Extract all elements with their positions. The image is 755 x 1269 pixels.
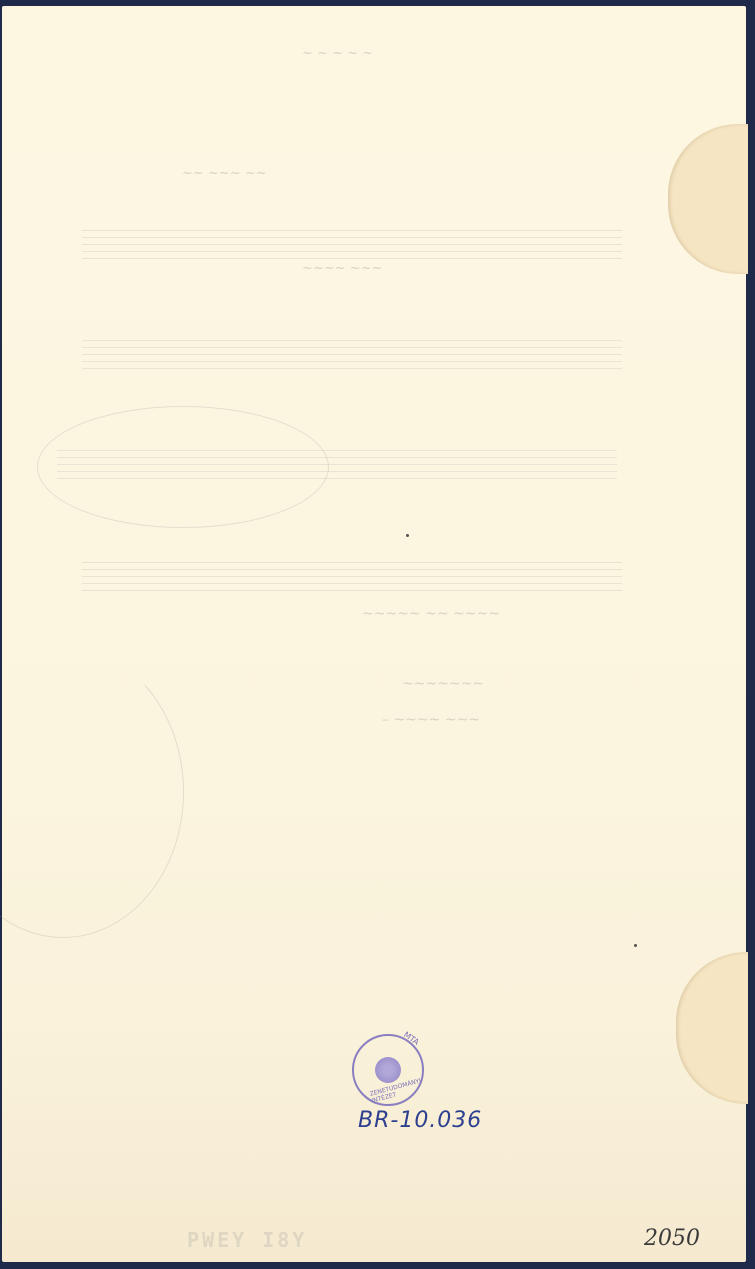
manuscript-page: ~ ~ ~ ~ ~ ~~ ~~~ ~~ ~~~~ ~~~ ~~~~~ ~~ ~~… <box>2 6 746 1262</box>
stamp-emblem-icon <box>373 1055 403 1085</box>
pencil-curve <box>37 406 329 528</box>
pencil-marks: – ~~~~ ~~~ <box>382 712 480 728</box>
pencil-marks: ~~~~~~~ <box>402 676 484 692</box>
page-number: 2050 <box>644 1226 700 1251</box>
catalog-number: BR-10.036 <box>358 1108 482 1133</box>
pencil-marks: ~~ ~~~ ~~ <box>182 166 267 181</box>
music-staff <box>82 340 622 370</box>
ghost-stamp-text: PWEY I8Y <box>187 1228 307 1252</box>
pencil-marks: ~~~~~ ~~ ~~~~ <box>362 606 500 622</box>
music-staff <box>82 562 622 592</box>
ink-dot <box>406 534 409 537</box>
pencil-marks: ~~~~ ~~~ <box>302 261 382 276</box>
ink-dot <box>634 944 637 947</box>
library-stamp: MTA ZENETUDOMÁNYI INTÉZET <box>352 1034 424 1106</box>
stamp-top-text: MTA <box>402 1030 421 1047</box>
music-staff <box>82 230 622 260</box>
pencil-marks: ~ ~ ~ ~ ~ <box>302 46 373 61</box>
pencil-curve <box>0 646 184 938</box>
